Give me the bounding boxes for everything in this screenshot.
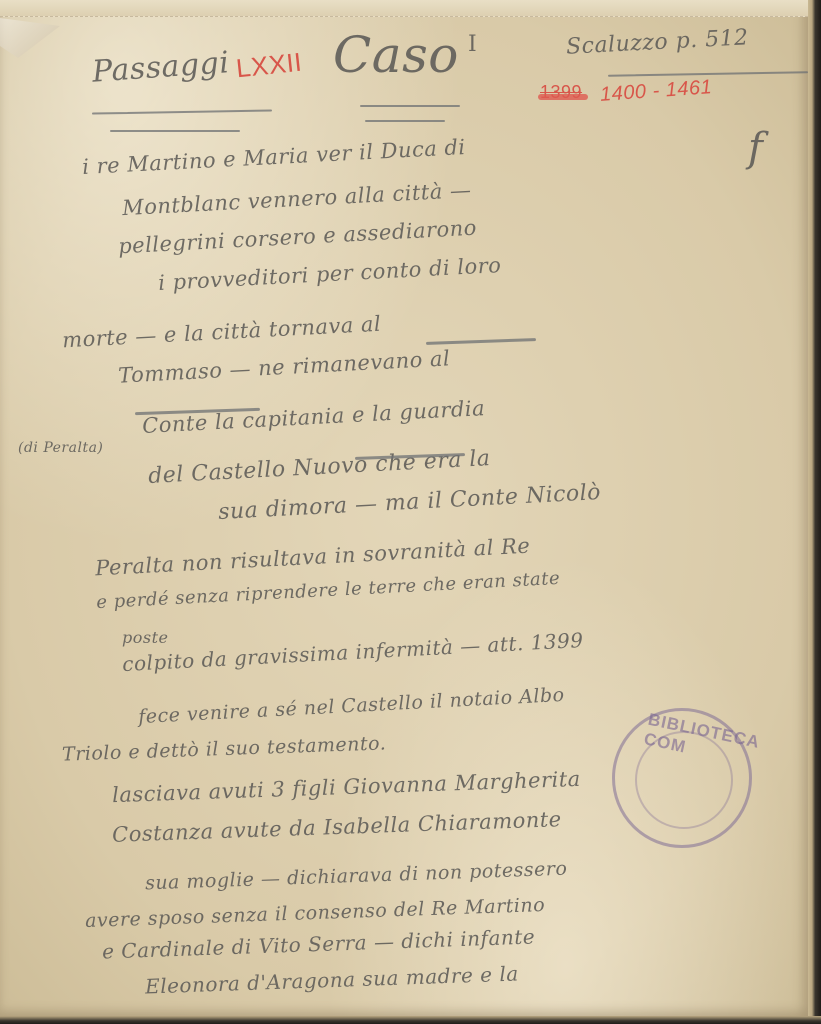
text-line: Conte la capitania e la guardia (142, 396, 486, 438)
title-numeral: I (468, 32, 477, 57)
text-line: Tommaso — ne rimanevano al (118, 346, 451, 387)
underline (92, 109, 272, 114)
red-strikeout (538, 94, 588, 100)
text-line: sua dimora — ma il Conte Nicolò (218, 480, 602, 525)
underline (426, 338, 536, 345)
series-label: Passaggi (91, 45, 231, 89)
text-line: Montblanc vennero alla città — (122, 178, 472, 220)
underline (110, 130, 240, 132)
text-line: Eleonora d'Aragona sua madre e la (145, 961, 519, 998)
right-page-edge (808, 0, 821, 1024)
text-line: fece venire a sé nel Castello il notaio … (138, 684, 565, 728)
library-stamp: BIBLIOTECA COM (612, 708, 752, 848)
text-line: morte — e la città tornava al (62, 312, 382, 353)
text-line: pellegrini corsero e assediarono (118, 216, 478, 259)
manuscript-page: Passaggi LXXII Caso I Scaluzzo p. 512 13… (0, 0, 810, 1016)
folded-top-edge (0, 0, 808, 17)
title-underline (360, 105, 460, 107)
series-numeral: LXXII (235, 47, 304, 85)
text-line: colpito da gravissima infermità — att. 1… (122, 628, 584, 676)
text-line: e Cardinale di Vito Serra — dichi infant… (102, 924, 536, 963)
bottom-page-edge (0, 1016, 821, 1024)
text-line: poste (122, 628, 168, 647)
text-line: sua moglie — dichiarava di non potessero (145, 858, 568, 895)
paper-crease (0, 18, 60, 58)
reference-note: Scaluzzo p. 512 (565, 25, 749, 60)
text-line: lasciava avuti 3 figli Giovanna Margheri… (112, 767, 581, 807)
text-line: i re Martino e Maria ver il Duca di (82, 135, 466, 179)
page-title: Caso (333, 26, 459, 84)
margin-note: (di Peralta) (18, 440, 103, 456)
text-line: del Castello Nuovo che era la (148, 446, 492, 489)
text-line: Triolo e dettò il suo testamento. (62, 732, 387, 765)
corner-mark: f (748, 125, 763, 171)
text-line: i provveditori per conto di loro (158, 253, 502, 295)
text-line: Costanza avute da Isabella Chiaramonte (112, 807, 562, 847)
date-range: 1400 - 1461 (599, 76, 713, 107)
title-underline (365, 120, 445, 122)
